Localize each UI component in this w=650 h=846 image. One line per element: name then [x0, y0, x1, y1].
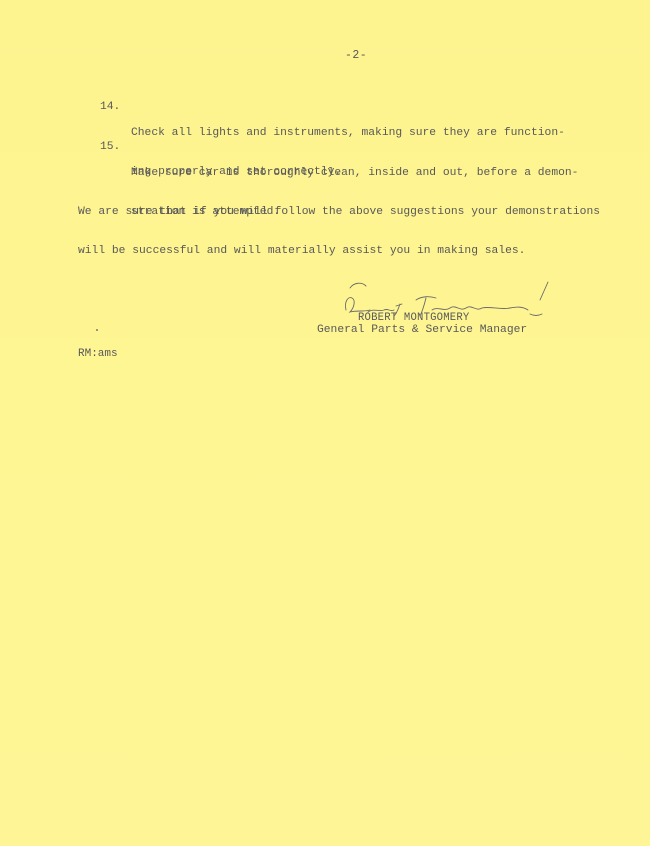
closing-line: will be successful and will materially a…	[78, 245, 600, 258]
closing-line: We are sure that if you will follow the …	[78, 206, 600, 219]
closing-paragraph: We are sure that if you will follow the …	[78, 180, 600, 284]
item-line: Make sure car is thoroughly clean, insid…	[131, 167, 578, 180]
signer-title: General Parts & Service Manager	[317, 324, 527, 336]
item-line: Check all lights and instruments, making…	[131, 127, 565, 140]
signer-name: ROBERT MONTGOMERY	[358, 312, 469, 324]
page-number: -2-	[345, 49, 367, 62]
item-number: 14.	[100, 101, 120, 114]
reference-initials: RM:ams	[78, 348, 118, 360]
document-page: -2- 14. Check all lights and instruments…	[0, 0, 650, 846]
paper-speck	[96, 329, 98, 331]
item-number: 15.	[100, 141, 120, 154]
